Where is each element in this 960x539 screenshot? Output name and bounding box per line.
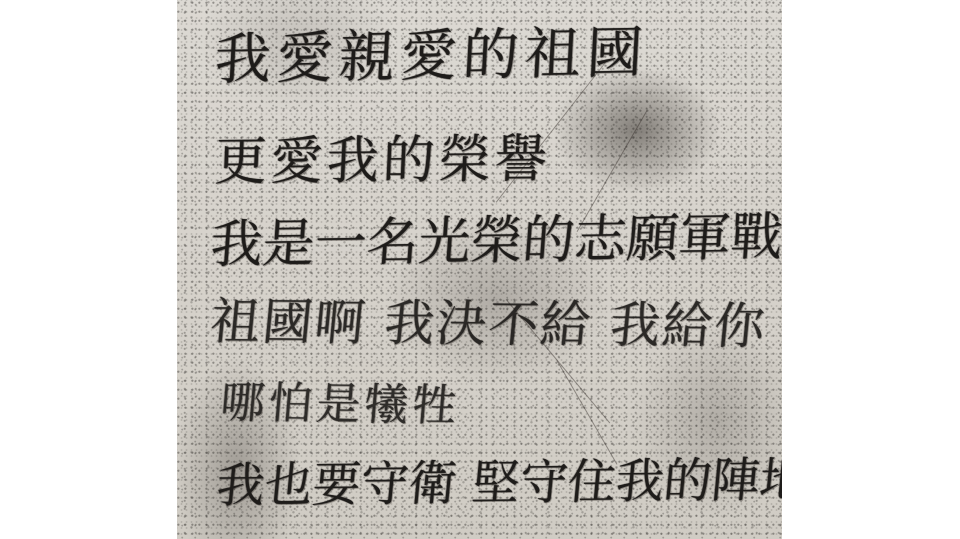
inscription-line-4: 祖國啊 我決不給 我給你 (208, 282, 771, 359)
inscription-line-6: 我也要守衛 堅守住我的陣地 (214, 441, 782, 516)
inscription-line-2: 更愛我的榮譽 (213, 117, 552, 195)
inscription-line-1: 我愛親愛的祖國 (213, 8, 651, 96)
inscription-line-5: 哪怕是犧牲 (218, 366, 463, 433)
image-canvas: 我愛親愛的祖國 更愛我的榮譽 我是一名光榮的志願軍戰士 祖國啊 我決不給 我給你… (0, 0, 960, 539)
inscription-line-3: 我是一名光榮的志願軍戰士 (208, 194, 782, 278)
inscription-photo: 我愛親愛的祖國 更愛我的榮譽 我是一名光榮的志願軍戰士 祖國啊 我決不給 我給你… (177, 0, 782, 539)
